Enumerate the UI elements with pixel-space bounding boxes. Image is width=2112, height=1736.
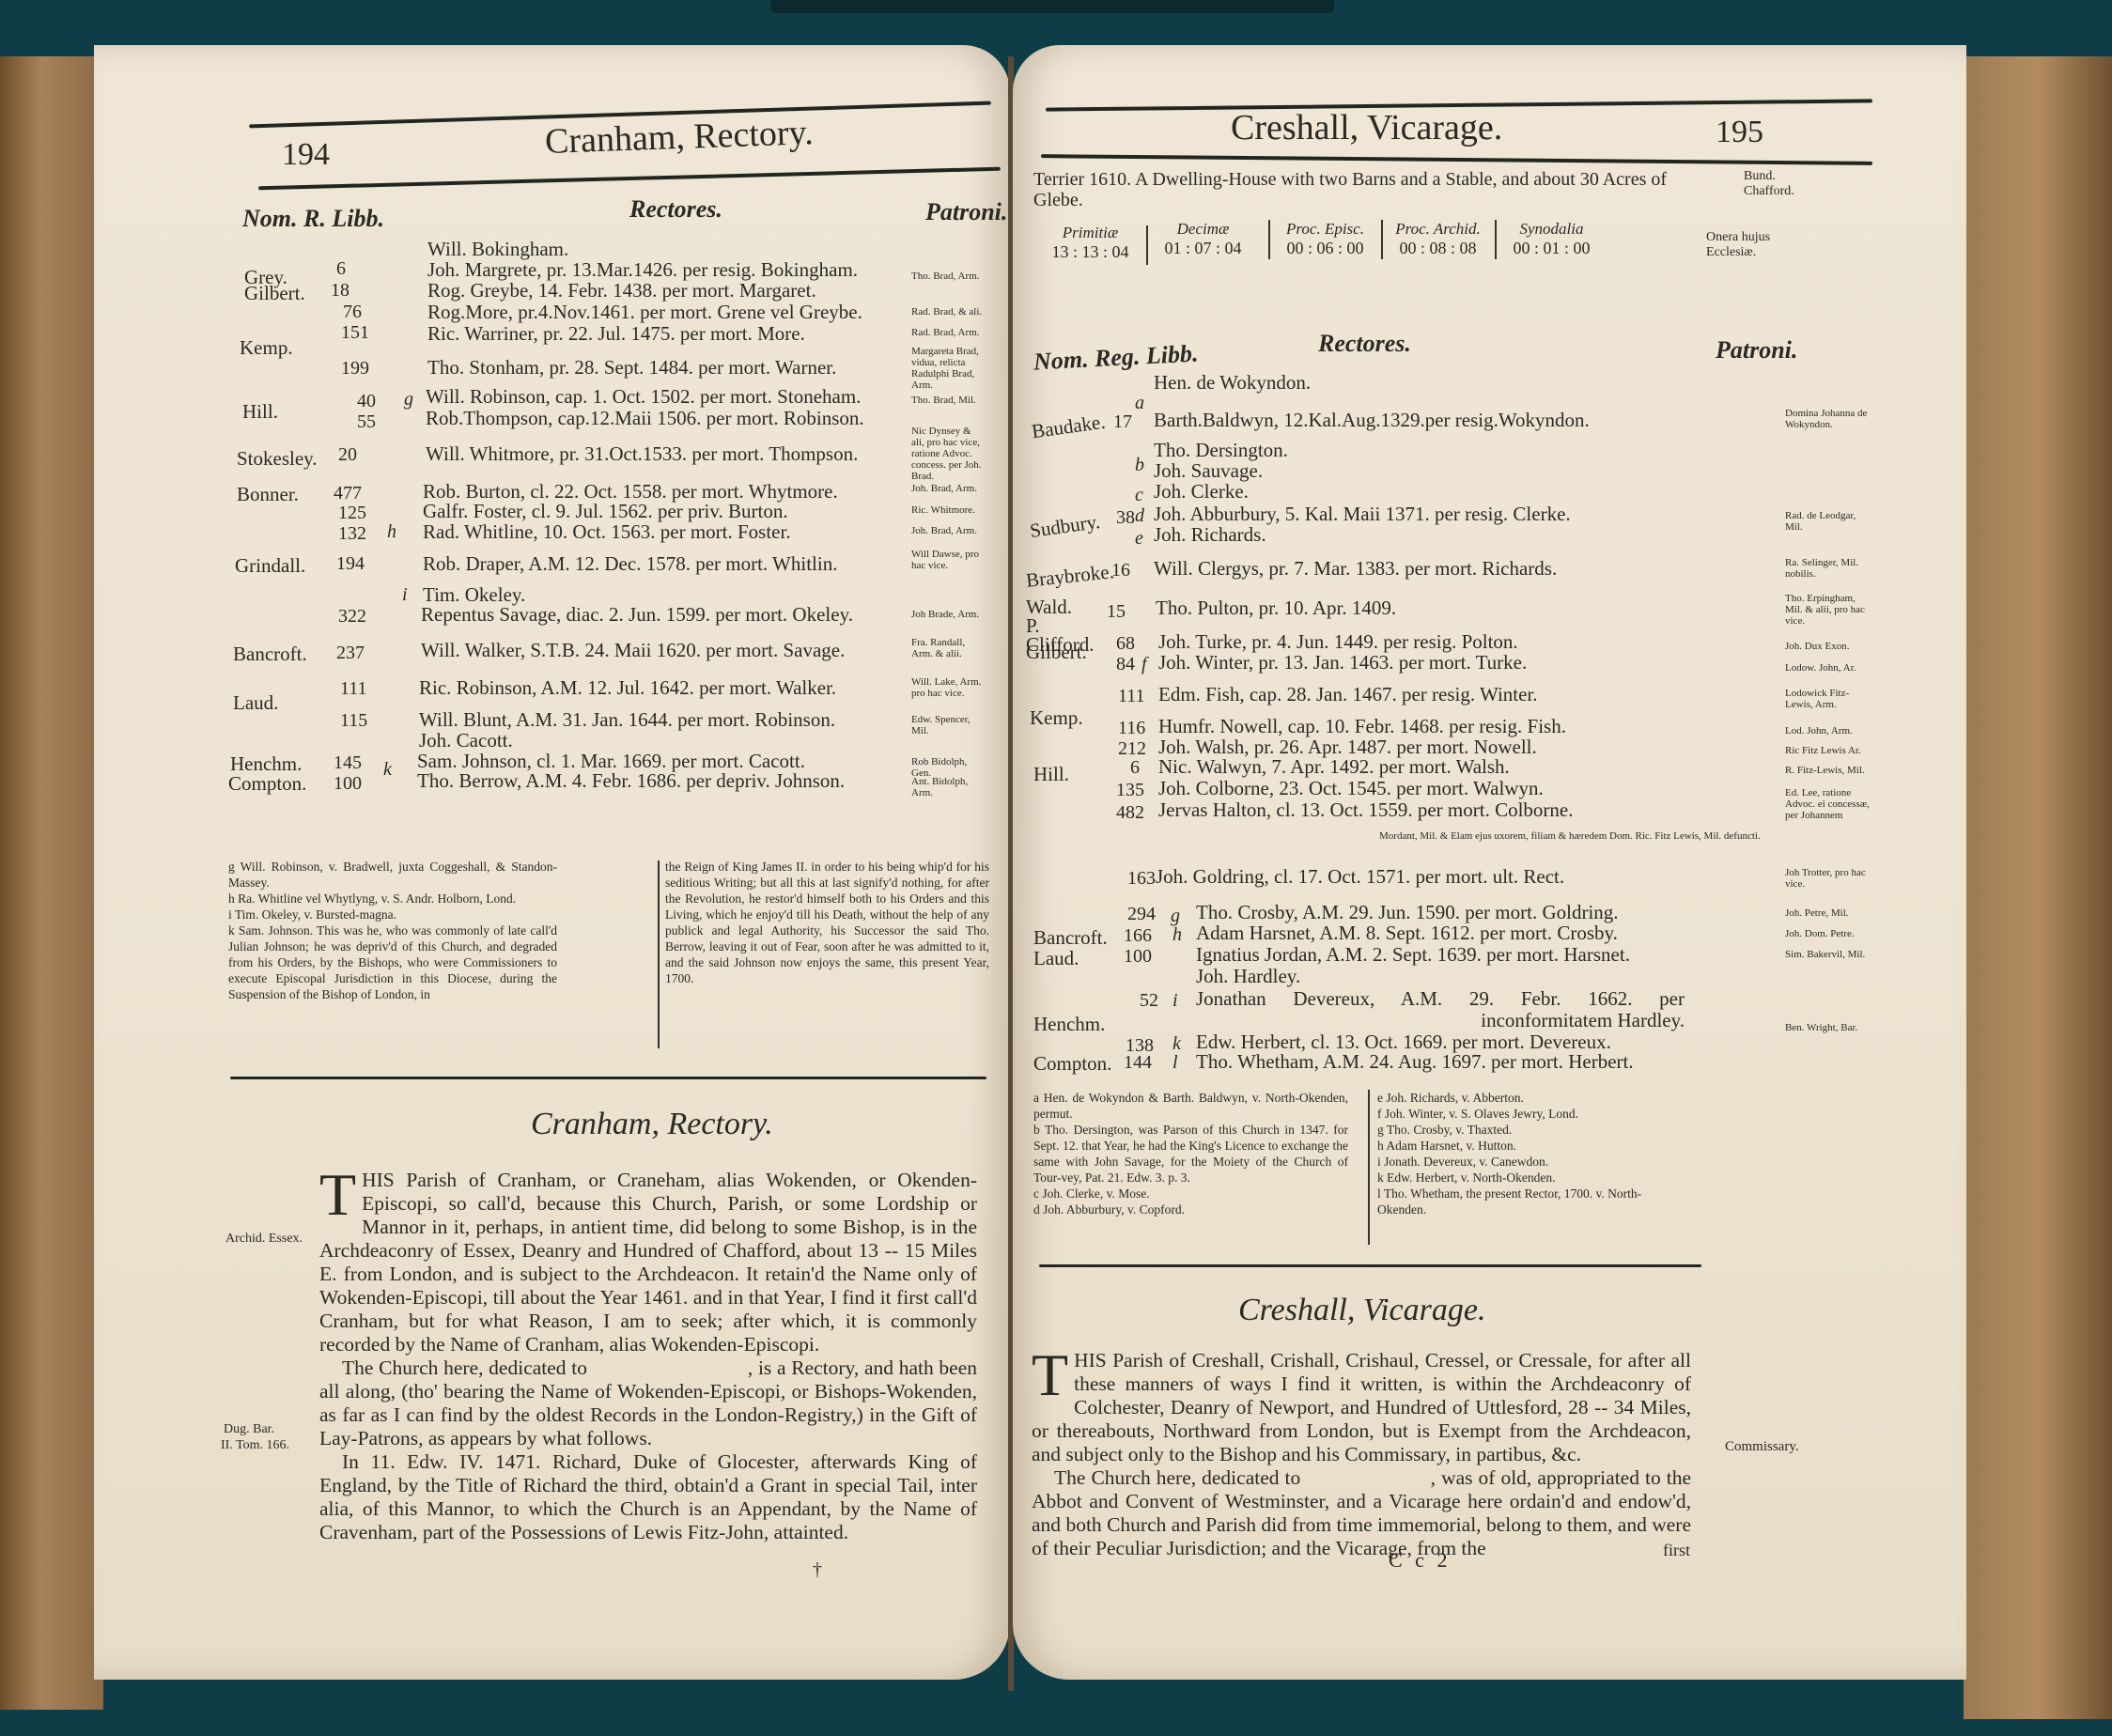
dues-value: 00 : 01 : 00 xyxy=(1498,239,1606,258)
running-title: Cranham, Rectory. xyxy=(544,112,814,163)
header-rule-bottom xyxy=(1041,154,1872,165)
footnote-k: k Sam. Johnson. This was he, who was com… xyxy=(228,922,557,1002)
folio-number: 15 xyxy=(1107,601,1126,623)
folio-number: 194 xyxy=(336,553,365,575)
terrier-text: Terrier 1610. A Dwelling-House with two … xyxy=(1033,169,1719,210)
rector-entry: Barth.Baldwyn, 12.Kal.Aug.1329.per resig… xyxy=(1154,410,1590,431)
dues-cell: Decimæ 01 : 07 : 04 xyxy=(1149,220,1257,258)
note-marker: l xyxy=(1172,1052,1178,1074)
rector-entry: Joh. Turke, pr. 4. Jun. 1449. per resig.… xyxy=(1158,631,1518,653)
patron-entry: Ric Fitz Lewis Ar. xyxy=(1785,745,1870,756)
patron-entry: Ra. Selinger, Mil. nobilis. xyxy=(1785,557,1870,580)
rector-entry: Joh. Colborne, 23. Oct. 1545. per mort. … xyxy=(1158,778,1544,799)
rector-entry: Humfr. Nowell, cap. 10. Febr. 1468. per … xyxy=(1158,716,1566,737)
bishop-name: Laud. xyxy=(233,691,278,715)
patron-entry: Tho. Brad, Arm. xyxy=(911,271,986,282)
folio-number: 38 xyxy=(1116,507,1135,529)
catchword: † xyxy=(813,1559,822,1581)
folio-number: 151 xyxy=(341,322,369,344)
rector-entry: Nic. Walwyn, 7. Apr. 1492. per mort. Wal… xyxy=(1158,756,1510,778)
bishop-name: Henchm. xyxy=(1033,1013,1105,1036)
folio-number: 477 xyxy=(334,483,362,504)
folio-number: 116 xyxy=(1118,718,1145,739)
rector-entry: Jervas Halton, cl. 13. Oct. 1559. per mo… xyxy=(1158,799,1574,821)
footnote-column-right: the Reign of King James II. in order to … xyxy=(665,859,989,986)
folio-number: 111 xyxy=(340,678,367,700)
folio-number: 20 xyxy=(338,444,357,466)
rector-entry: Tho. Dersington. xyxy=(1154,440,1288,461)
footnote-f: f Joh. Winter, v. S. Olaves Jewry, Lond. xyxy=(1377,1106,1687,1122)
top-clamp xyxy=(770,0,1334,13)
footnote-l: l Tho. Whetham, the present Rector, 1700… xyxy=(1377,1186,1687,1217)
rector-entry: Tho. Whetham, A.M. 24. Aug. 1697. per mo… xyxy=(1196,1051,1634,1073)
page-number: 195 xyxy=(1716,115,1763,150)
folio-number: 132 xyxy=(338,523,366,545)
footnote-column-left: g Will. Robinson, v. Bradwell, juxta Cog… xyxy=(228,859,557,1002)
dues-header: Proc. Episc. xyxy=(1271,220,1379,239)
folio-number: 145 xyxy=(334,752,362,774)
note-marker: e xyxy=(1135,528,1143,550)
rector-entry: Will. Clergys, pr. 7. Mar. 1383. per mor… xyxy=(1154,558,1557,580)
bishop-name: Compton. xyxy=(1033,1052,1111,1076)
patron-entry: Sim. Bakervil, Mil. xyxy=(1785,949,1870,960)
rector-entry: Tho. Crosby, A.M. 29. Jun. 1590. per mor… xyxy=(1196,902,1619,923)
folio-number: 84 xyxy=(1116,654,1135,675)
patron-entry: Fra. Randall, Arm. & alii. xyxy=(911,637,986,659)
rector-entry: Rob.Thompson, cap.12.Maii 1506. per mort… xyxy=(426,408,864,429)
folio-number: 294 xyxy=(1127,904,1156,925)
folio-number: 482 xyxy=(1116,802,1144,824)
patron-continuation: Mordant, Mil. & Elam ejus uxorem, filiam… xyxy=(1379,830,1761,842)
drop-cap: T xyxy=(319,1170,356,1219)
folio-number: 111 xyxy=(1118,686,1145,707)
bishop-name: Braybroke. xyxy=(1025,560,1115,593)
dues-divider xyxy=(1268,220,1270,259)
note-marker: h xyxy=(1172,924,1182,946)
footnote-g: g Will. Robinson, v. Bradwell, juxta Cog… xyxy=(228,859,557,891)
folio-number: 76 xyxy=(343,302,362,323)
footnote-divider xyxy=(1368,1090,1370,1245)
bishop-name: Kemp. xyxy=(1030,706,1083,730)
margin-note: Dug. Bar. xyxy=(224,1422,274,1437)
patron-entry: Ric. Whitmore. xyxy=(911,504,986,516)
folio-number: 237 xyxy=(336,643,365,664)
footnote-a: a Hen. de Wokyndon & Barth. Baldwyn, v. … xyxy=(1033,1090,1348,1122)
folio-number: 6 xyxy=(336,258,346,280)
note-marker: k xyxy=(383,759,392,781)
folio-number: 144 xyxy=(1124,1052,1152,1074)
folio-number: 166 xyxy=(1124,925,1152,947)
footnote-i: i Tim. Okeley, v. Bursted-magna. xyxy=(228,907,557,922)
rector-entry: Rob. Draper, A.M. 12. Dec. 1578. per mor… xyxy=(423,553,837,575)
dues-header: Synodalia xyxy=(1498,220,1606,239)
patron-entry: Rad. Brad, & ali. xyxy=(911,306,986,318)
rector-entry: Rog. Greybe, 14. Febr. 1438. per mort. M… xyxy=(427,280,816,302)
patron-entry: R. Fitz-Lewis, Mil. xyxy=(1785,765,1870,776)
note-marker: c xyxy=(1135,485,1143,506)
rector-entry: Ric. Robinson, A.M. 12. Jul. 1642. per m… xyxy=(419,677,836,699)
bishop-name: Compton. xyxy=(228,772,306,796)
folio-number: 322 xyxy=(338,606,366,628)
bishop-name: Sudbury. xyxy=(1029,510,1102,543)
rector-entry: Hen. de Wokyndon. xyxy=(1154,372,1311,394)
footnote-k: k Edw. Herbert, v. North-Okenden. xyxy=(1377,1170,1687,1186)
body-paragraph: The Church here, dedicated to , was of o… xyxy=(1032,1466,1691,1560)
footnote-i: i Jonath. Devereux, v. Canewdon. xyxy=(1377,1154,1687,1170)
patron-entry: Lod. John, Arm. xyxy=(1785,725,1870,736)
footnote-b: b Tho. Dersington, was Parson of this Ch… xyxy=(1033,1122,1348,1186)
col-header-rectors: Rectores. xyxy=(1318,330,1411,358)
patron-entry: Ben. Wright, Bar. xyxy=(1785,1022,1870,1033)
rector-entry: Will. Blunt, A.M. 31. Jan. 1644. per mor… xyxy=(419,709,835,731)
folio-number: 100 xyxy=(1124,946,1152,968)
body-paragraph: In 11. Edw. IV. 1471. Richard, Duke of G… xyxy=(319,1450,977,1544)
rector-entry: Joh. Hardley. xyxy=(1196,966,1300,987)
right-page: Creshall, Vicarage. 195 Terrier 1610. A … xyxy=(1013,45,1966,1680)
section-rule xyxy=(230,1077,986,1079)
footnote-d: d Joh. Abburbury, v. Copford. xyxy=(1033,1201,1348,1217)
section-title: Cranham, Rectory. xyxy=(531,1107,773,1142)
folio-number: 17 xyxy=(1113,411,1132,433)
patron-entry: Rad. Brad, Arm. xyxy=(911,327,986,338)
page-number: 194 xyxy=(282,137,330,173)
rector-entry: Joh. Cacott. xyxy=(419,730,513,752)
signature-mark: C c 2 xyxy=(1389,1548,1451,1573)
patron-entry: Will Dawse, pro hac vice. xyxy=(911,549,986,571)
body-text: T HIS Parish of Cranham, or Craneham, al… xyxy=(319,1169,977,1544)
patron-entry: Edw. Spencer, Mil. xyxy=(911,714,986,736)
left-page: 194 Cranham, Rectory. Nom. R. Libb. Rect… xyxy=(94,45,1010,1680)
rector-entry: Will. Robinson, cap. 1. Oct. 1502. per m… xyxy=(426,386,861,408)
folio-number: 100 xyxy=(334,773,362,795)
dues-label: Onera hujus Ecclesiæ. xyxy=(1706,230,1800,260)
dues-value: 13 : 13 : 04 xyxy=(1036,242,1144,262)
folio-number: 163 xyxy=(1127,868,1156,890)
note-marker: i xyxy=(402,584,408,606)
patron-entry: Lodow. John, Ar. xyxy=(1785,662,1870,674)
dues-cell: Primitiæ 13 : 13 : 04 xyxy=(1036,224,1144,262)
section-title: Creshall, Vicarage. xyxy=(1238,1293,1485,1328)
col-header-rectors: Rectores. xyxy=(629,195,722,224)
dues-divider xyxy=(1146,225,1148,265)
col-header-names: Nom. R. Libb. xyxy=(242,205,384,233)
note-marker: d xyxy=(1135,505,1144,527)
patron-entry: Margareta Brad, vidua, relicta Radulphi … xyxy=(911,346,986,391)
note-marker: b xyxy=(1135,455,1144,476)
folio-number: 125 xyxy=(338,503,366,524)
bishop-name: Laud. xyxy=(1033,947,1079,970)
footnote-h: h Ra. Whitline vel Whytlyng, v. S. Andr.… xyxy=(228,891,557,907)
patron-entry: Will. Lake, Arm. pro hac vice. xyxy=(911,676,986,699)
bishop-name: Hill. xyxy=(1033,763,1069,786)
rector-entry: Will. Walker, S.T.B. 24. Maii 1620. per … xyxy=(421,640,845,661)
folio-number: 199 xyxy=(341,358,369,380)
folio-number: 115 xyxy=(340,710,367,732)
patron-entry: Joh. Petre, Mil. xyxy=(1785,907,1870,919)
footnote-g: g Tho. Crosby, v. Thaxted. xyxy=(1377,1122,1687,1138)
note-marker: g xyxy=(404,389,413,411)
drop-cap: T xyxy=(1032,1351,1068,1400)
margin-note: Commissary. xyxy=(1725,1439,1799,1455)
bishop-name: Bancroft. xyxy=(233,643,307,666)
book-edge-left xyxy=(0,56,103,1710)
folio-number: 68 xyxy=(1116,633,1135,655)
patron-entry: Ed. Lee, ratione Advoc. ei concessæ, per… xyxy=(1785,787,1870,821)
patron-entry: Nic Dynsey & ali, pro hac vice, ratione … xyxy=(911,426,986,482)
bishop-name: Kemp. xyxy=(240,336,293,360)
rector-entry: Jonathan Devereux, A.M. 29. Febr. 1662. … xyxy=(1196,988,1685,1031)
header-rule-bottom xyxy=(258,167,1001,191)
rector-entry: Will. Bokingham. xyxy=(427,239,568,260)
patron-entry: Lodowick Fitz-Lewis, Arm. xyxy=(1785,688,1870,710)
folio-number: 52 xyxy=(1140,990,1158,1012)
folio-number: 18 xyxy=(331,280,349,302)
margin-note: II. Tom. 166. xyxy=(221,1438,289,1453)
catchword: first xyxy=(1663,1541,1690,1560)
running-title: Creshall, Vicarage. xyxy=(1231,107,1502,148)
rector-entry: Joh. Margrete, pr. 13.Mar.1426. per resi… xyxy=(427,259,858,281)
note-marker: i xyxy=(1172,990,1178,1012)
dues-divider xyxy=(1381,220,1383,259)
rector-entry: Adam Harsnet, A.M. 8. Sept. 1612. per mo… xyxy=(1196,922,1618,944)
col-header-patrons: Patroni. xyxy=(1716,336,1797,364)
folio-number: 135 xyxy=(1116,780,1144,801)
note-marker: f xyxy=(1141,654,1147,675)
dues-value: 01 : 07 : 04 xyxy=(1149,239,1257,258)
patron-entry: Joh. Dom. Petre. xyxy=(1785,928,1870,939)
bishop-name: Stokesley. xyxy=(237,447,318,471)
body-paragraph: HIS Parish of Cranham, or Craneham, alia… xyxy=(319,1169,977,1356)
rector-entry: Rad. Whitline, 10. Oct. 1563. per mort. … xyxy=(423,521,791,543)
patron-entry: Domina Johanna de Wokyndon. xyxy=(1785,408,1870,430)
dues-header: Proc. Archid. xyxy=(1384,220,1492,239)
footnote-divider xyxy=(658,860,660,1048)
bishop-name: Grindall. xyxy=(235,554,305,578)
footnote-c: c Joh. Clerke, v. Mose. xyxy=(1033,1186,1348,1201)
patron-entry: Tho. Brad, Mil. xyxy=(911,395,986,406)
bishop-name: Gilbert. xyxy=(244,282,305,305)
note-marker: h xyxy=(387,521,396,543)
dues-header: Decimæ xyxy=(1149,220,1257,239)
dues-value: 00 : 06 : 00 xyxy=(1271,239,1379,258)
patron-entry: Rad. de Leodgar, Mil. xyxy=(1785,510,1870,533)
bishop-name: Baudake. xyxy=(1031,411,1107,444)
rector-entry: Repentus Savage, diac. 2. Jun. 1599. per… xyxy=(421,604,853,626)
rector-entry: Joh. Sauvage. xyxy=(1154,460,1263,482)
rector-entry: Rog.More, pr.4.Nov.1461. per mort. Grene… xyxy=(427,302,862,323)
dues-cell: Proc. Episc. 00 : 06 : 00 xyxy=(1271,220,1379,258)
patron-entry: Joh. Brad, Arm. xyxy=(911,525,986,536)
dues-divider xyxy=(1495,220,1497,259)
rector-entry: Tho. Pulton, pr. 10. Apr. 1409. xyxy=(1156,597,1396,619)
rector-entry: Will. Whitmore, pr. 31.Oct.1533. per mor… xyxy=(426,443,858,465)
patron-entry: Tho. Erpingham, Mil. & alii, pro hac vic… xyxy=(1785,593,1870,627)
rector-entry: Joh. Winter, pr. 13. Jan. 1463. per mort… xyxy=(1158,652,1527,674)
dues-cell: Proc. Archid. 00 : 08 : 08 xyxy=(1384,220,1492,258)
rector-entry: Joh. Abburbury, 5. Kal. Maii 1371. per r… xyxy=(1154,504,1571,525)
dues-value: 00 : 08 : 08 xyxy=(1384,239,1492,258)
book-edge-right xyxy=(1964,56,2112,1719)
rector-entry: Edm. Fish, cap. 28. Jan. 1467. per resig… xyxy=(1158,684,1538,705)
rector-entry: Joh. Goldring, cl. 17. Oct. 1571. per mo… xyxy=(1156,866,1564,888)
dues-cell: Synodalia 00 : 01 : 00 xyxy=(1498,220,1606,258)
rector-entry: Ric. Warriner, pr. 22. Jul. 1475. per mo… xyxy=(427,323,805,345)
rector-entry: Galfr. Foster, cl. 9. Jul. 1562. per pri… xyxy=(423,501,788,522)
body-paragraph: HIS Parish of Creshall, Crishall, Crisha… xyxy=(1032,1349,1691,1465)
folio-number: 40 xyxy=(357,391,376,412)
footnote-h: h Adam Harsnet, v. Hutton. xyxy=(1377,1138,1687,1154)
patron-entry: Joh. Dux Exon. xyxy=(1785,641,1870,652)
body-text: T HIS Parish of Creshall, Crishall, Cris… xyxy=(1032,1349,1691,1560)
patron-entry: Ant. Bidolph, Arm. xyxy=(911,776,986,798)
bishop-name: Hill. xyxy=(242,400,278,424)
patron-entry: Joh Trotter, pro hac vice. xyxy=(1785,867,1870,890)
body-paragraph: The Church here, dedicated to , is a Rec… xyxy=(319,1356,977,1450)
folio-number: 55 xyxy=(357,411,376,433)
margin-note-deanry: Bund. Chafford. xyxy=(1744,169,1809,199)
dues-header: Primitiæ xyxy=(1036,224,1144,242)
rector-entry: Tho. Berrow, A.M. 4. Febr. 1686. per dep… xyxy=(417,770,845,792)
footnote-e: e Joh. Richards, v. Abberton. xyxy=(1377,1090,1687,1106)
patron-entry: Joh. Brad, Arm. xyxy=(911,483,986,494)
folio-number: 16 xyxy=(1111,560,1130,581)
rector-entry: Joh. Richards. xyxy=(1154,524,1266,546)
rector-entry: Joh. Clerke. xyxy=(1154,481,1249,503)
bishop-name: Gilbert. xyxy=(1026,641,1087,664)
note-marker: a xyxy=(1135,393,1144,414)
rector-entry: Ignatius Jordan, A.M. 2. Sept. 1639. per… xyxy=(1196,944,1630,966)
patron-entry: Joh Brade, Arm. xyxy=(911,609,986,620)
section-rule xyxy=(1039,1264,1701,1267)
footnote-column-right: e Joh. Richards, v. Abberton. f Joh. Win… xyxy=(1377,1090,1687,1217)
margin-note: Archid. Essex. xyxy=(225,1232,303,1247)
footnote-column-left: a Hen. de Wokyndon & Barth. Baldwyn, v. … xyxy=(1033,1090,1348,1217)
folio-number: 6 xyxy=(1130,757,1140,779)
rector-entry: Tho. Stonham, pr. 28. Sept. 1484. per mo… xyxy=(427,357,836,379)
bishop-name: Bonner. xyxy=(237,483,299,506)
col-header-patrons: Patroni. xyxy=(925,198,1007,226)
